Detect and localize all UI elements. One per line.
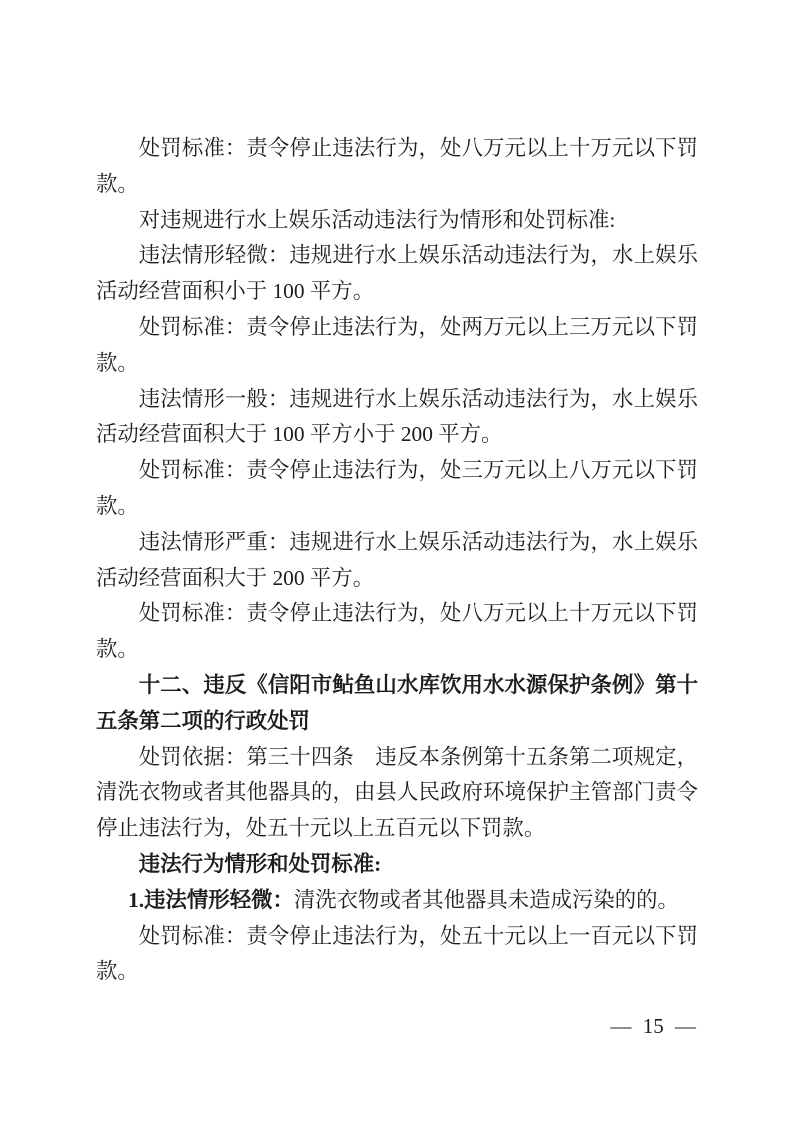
paragraph-violation-minor: 违法情形轻微：违规进行水上娱乐活动违法行为，水上娱乐活动经营面积小于 100 平… xyxy=(96,238,698,310)
paragraph-penalty-basis: 处罚依据：第三十四条 违反本条例第十五条第二项规定，清洗衣物或者其他器具的，由县… xyxy=(96,740,698,847)
paragraph-penalty-standard-5: 处罚标准：责令停止违法行为，处五十元以上一百元以下罚款。 xyxy=(96,919,698,991)
violation-item-1-text: 清洗衣物或者其他器具未造成污染的的。 xyxy=(294,888,679,912)
violation-standards-label: 违法行为情形和处罚标准: xyxy=(96,847,698,883)
paragraph-violation-severe: 违法情形严重：违规进行水上娱乐活动违法行为，水上娱乐活动经营面积大于 200 平… xyxy=(96,525,698,597)
paragraph-violation-item-1: 1.违法情形轻微：清洗衣物或者其他器具未造成污染的的。 xyxy=(96,883,698,919)
document-page: 处罚标准：责令停止违法行为，处八万元以上十万元以下罚款。 对违规进行水上娱乐活动… xyxy=(0,0,793,1122)
document-body: 处罚标准：责令停止违法行为，处八万元以上十万元以下罚款。 对违规进行水上娱乐活动… xyxy=(96,131,698,990)
page-number: — 15 — xyxy=(96,1011,696,1041)
section-12-heading: 十二、违反《信阳市鲇鱼山水库饮用水水源保护条例》第十五条第二项的行政处罚 xyxy=(96,668,698,740)
violation-item-1-lead: 1.违法情形轻微： xyxy=(128,888,294,912)
paragraph-penalty-standard-1: 处罚标准：责令停止违法行为，处八万元以上十万元以下罚款。 xyxy=(96,131,698,203)
paragraph-penalty-standard-3: 处罚标准：责令停止违法行为，处三万元以上八万元以下罚款。 xyxy=(96,453,698,525)
paragraph-penalty-standard-2: 处罚标准：责令停止违法行为，处两万元以上三万元以下罚款。 xyxy=(96,310,698,382)
paragraph-water-recreation-intro: 对违规进行水上娱乐活动违法行为情形和处罚标准: xyxy=(96,203,698,239)
paragraph-violation-general: 违法情形一般：违规进行水上娱乐活动违法行为，水上娱乐活动经营面积大于 100 平… xyxy=(96,382,698,454)
paragraph-penalty-standard-4: 处罚标准：责令停止违法行为，处八万元以上十万元以下罚款。 xyxy=(96,596,698,668)
